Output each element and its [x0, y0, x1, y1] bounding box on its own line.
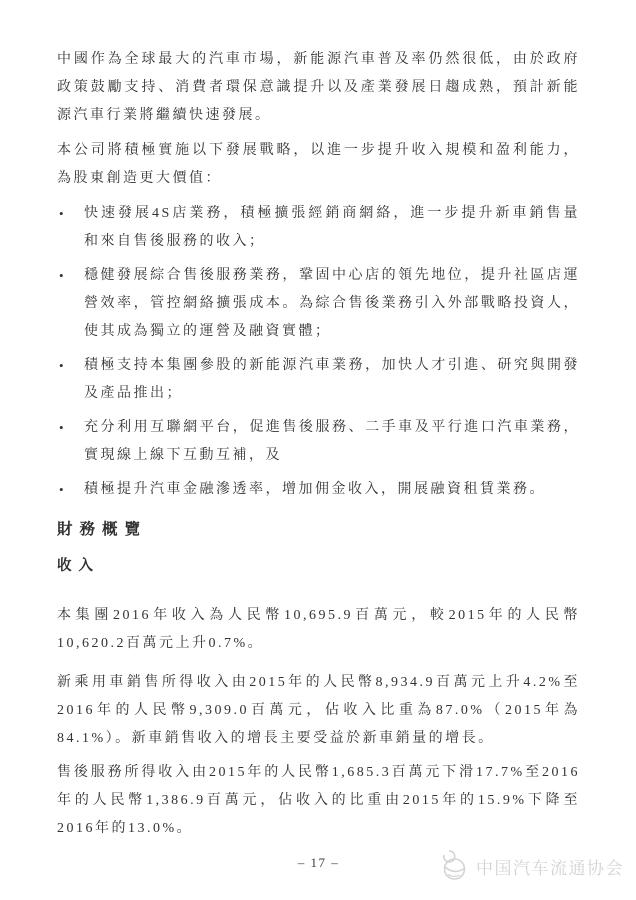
subsection-heading-revenue: 收入 [57, 552, 580, 580]
document-page: 中國作為全球最大的汽車市場，新能源汽車普及率仍然很低，由於政府政策鼓勵支持、消費… [0, 0, 636, 900]
paragraph-aftersales-revenue: 售後服務所得收入由2015年的人民幣1,685.3百萬元下滑17.7%至2016… [57, 759, 580, 843]
paragraph-strategy-intro: 本公司將積極實施以下發展戰略，以進一步提升收入規模和盈利能力，為股東創造更大價值… [57, 137, 580, 193]
bullet-item-internet-platform: • 充分利用互聯網平台，促進售後服務、二手車及平行進口汽車業務，實現線上線下互動… [57, 414, 580, 470]
section-heading-financial-overview: 財務概覽 [57, 516, 580, 544]
strategy-bullet-list: • 快速發展4S店業務，積極擴張經銷商網絡，進一步提升新車銷售量和來自售後服務的… [57, 200, 580, 504]
watermark: 中国汽车流通协会 [437, 849, 624, 883]
paragraph-group-revenue: 本集團2016年收入為人民幣10,695.9百萬元，較2015年的人民幣10,6… [57, 602, 580, 658]
bullet-icon: • [59, 262, 64, 290]
bullet-icon: • [59, 200, 64, 228]
page-content: 中國作為全球最大的汽車市場，新能源汽車普及率仍然很低，由於政府政策鼓勵支持、消費… [57, 46, 580, 843]
bullet-item-new-energy-support: • 積極支持本集團參股的新能源汽車業務，加快人才引進、研究與開發及產品推出； [57, 352, 580, 408]
bullet-text: 穩健發展綜合售後服務業務，鞏固中心店的領先地位，提升社區店運營效率，管控網絡擴張… [84, 268, 580, 339]
bullet-text: 快速發展4S店業務，積極擴張經銷商網絡，進一步提升新車銷售量和來自售後服務的收入… [84, 206, 580, 249]
bullet-item-aftersales-development: • 穩健發展綜合售後服務業務，鞏固中心店的領先地位，提升社區店運營效率，管控網絡… [57, 262, 580, 346]
bullet-text: 積極支持本集團參股的新能源汽車業務，加快人才引進、研究與開發及產品推出； [84, 358, 580, 401]
bullet-icon: • [59, 476, 64, 504]
bullet-text: 積極提升汽車金融滲透率，增加佣金收入，開展融資租賃業務。 [84, 482, 546, 497]
bullet-text: 充分利用互聯網平台，促進售後服務、二手車及平行進口汽車業務，實現線上線下互動互補… [84, 420, 580, 463]
watermark-text: 中国汽车流通协会 [476, 854, 624, 879]
paragraph-new-car-sales-revenue: 新乘用車銷售所得收入由2015年的人民幣8,934.9百萬元上升4.2%至201… [57, 669, 580, 753]
bullet-icon: • [59, 352, 64, 380]
paragraph-market-overview: 中國作為全球最大的汽車市場，新能源汽車普及率仍然很低，由於政府政策鼓勵支持、消費… [57, 46, 580, 130]
bullet-item-auto-finance: • 積極提升汽車金融滲透率，增加佣金收入，開展融資租賃業務。 [57, 476, 580, 504]
bullet-item-4s-expansion: • 快速發展4S店業務，積極擴張經銷商網絡，進一步提升新車銷售量和來自售後服務的… [57, 200, 580, 256]
cada-logo-icon [437, 849, 469, 883]
bullet-icon: • [59, 414, 64, 442]
